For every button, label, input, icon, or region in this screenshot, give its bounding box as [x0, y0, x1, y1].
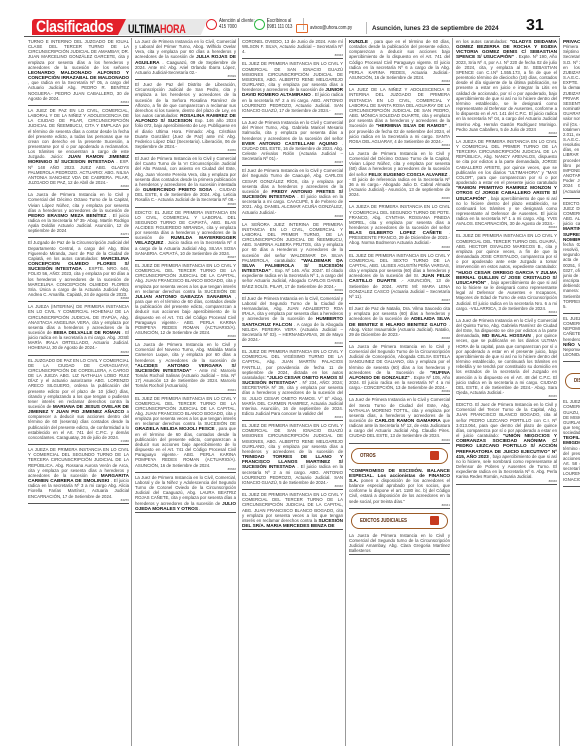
edict-code: 86013	[563, 357, 580, 360]
edict-code: 86039	[349, 390, 450, 393]
edict-text: TURNO E INTERINO DEL JUZGADO DE IGUAL CL…	[28, 39, 129, 70]
header-rule	[24, 36, 560, 37]
edictos-icon	[430, 516, 439, 525]
edict-text: ponen a disposición de los acreedores el…	[349, 478, 450, 504]
edict-text: , para que en el término de 60 días, con…	[135, 294, 236, 335]
edict-code: 86042	[456, 132, 557, 135]
edict-text: LA JUEZA DE PRIMERA INSTANCIA EN LO CIVI…	[349, 204, 450, 230]
edict-text: EDICTO. Publicar por quince días (15) co…	[563, 201, 580, 227]
edict-text: EL JUEZ DE PRIMERA INSTANCIA EN LO CIVIL…	[135, 396, 236, 427]
section-header-otros: OTROS	[351, 448, 448, 464]
edict-code: 85631	[135, 389, 236, 392]
edict-text: La Jueza de Primera Instancia en lo Civi…	[349, 533, 450, 553]
edict-code: 86046	[456, 480, 557, 483]
edict-code: 86034	[349, 144, 450, 147]
edict-code: 86012	[563, 309, 580, 312]
edict-text: .	[199, 506, 200, 511]
edict-code: 86038	[349, 337, 450, 340]
edict-notice: La Jueza de Primera Instancia en lo Civi…	[135, 341, 236, 393]
masthead: Clasificados ULTIMAHORA Atención al clie…	[0, 0, 580, 32]
edict-code: 86035	[349, 197, 450, 200]
edict-text: LA JUEZ DE PAZ EN LO CIVIL, COMERCIAL, L…	[28, 108, 129, 159]
edict-text: EL JUZGADO DE PAZ EN LO CIVIL Y COMERCIA…	[28, 358, 129, 409]
edict-code: 85630	[135, 335, 236, 338]
edict-notice: El Juez de Primera Instancia en lo Civil…	[242, 295, 343, 347]
edict-notice: La Juez de Primera Instancia en lo Civil…	[349, 396, 450, 443]
column-5: en los autos caratulados: "GLADYS DEIDAM…	[456, 38, 560, 746]
edict-code: 84271	[28, 233, 129, 236]
edict-code: 86032	[242, 485, 343, 488]
edict-notice: LA JUEZA (INTERINA) DE PRIMERA INSTANCIA…	[28, 303, 129, 355]
edict-notice: La Juez de Primera Instancia en lo Civil…	[242, 119, 343, 166]
classifieds-columns: TURNO E INTERINO DEL JUZGADO DE IGUAL CL…	[28, 38, 560, 746]
otros-icon	[430, 451, 439, 460]
edict-text: , para que en el término de 60 días, con…	[349, 39, 450, 80]
edict-text: CORONEL OVIEDO, 13 de Junio de 2024. Ant…	[242, 39, 343, 54]
whatsapp-icon	[254, 19, 265, 30]
edict-notice: EL JUEZ DE PRIMERA INSTANCIA EN LO CIVIL…	[563, 398, 580, 487]
edict-code: 85627	[135, 256, 236, 259]
edict-code: 86028	[242, 215, 343, 218]
edict-notice: LA JUEZA DE PRIMERA INSTANCIA EN LO CIVI…	[349, 203, 450, 250]
edict-code: 86232	[28, 351, 129, 354]
edict-code: 85699	[135, 75, 236, 78]
edict-text: , por quince veces, que se publicarán en…	[456, 333, 557, 395]
edict-text: La Jueza de Primera Instancia en lo Civi…	[28, 192, 129, 212]
edict-code: 86025	[242, 113, 343, 116]
edict-notice: EL JUEZ DE PRIMERA INSTANCIA EN LO CIVIL…	[242, 60, 343, 118]
edict-notice: EL JUEZ DE PRIMERA INSTANCIA EN LO CIVIL…	[242, 422, 343, 490]
edict-notice: "COMPROMISO DE ESCISIÓN. BALANCE ESPECIA…	[349, 467, 450, 509]
edict-notice: El Juez de Paz del Distrito de Liberació…	[135, 81, 236, 154]
section-title: Clasificados	[36, 17, 113, 37]
edict-notice: La Jueza de Primera Instancia en lo Civi…	[28, 191, 129, 238]
column-2: La Juez de Primera Instancia en lo Civil…	[135, 38, 239, 746]
edict-text: . Expte. Nº 190, Año 2023, Sria Nº 4, po…	[456, 54, 557, 131]
edict-notice: en los autos caratulados: "GLADYS DEIDAM…	[456, 38, 557, 137]
column-6: PRIVACION DE EFICACIA JURÍDICA El Juez d…	[563, 38, 580, 746]
edict-code: 86036	[349, 246, 450, 249]
edict-text: EL JUEZ DE PRIMERA INSTANCIA EN LO CIVIL…	[456, 233, 557, 269]
edict-notice: La Juez de Primera Instancia en lo Civil…	[135, 38, 236, 80]
edict-notice: El Juez de Primera Instancia en lo Civil…	[242, 167, 343, 219]
edict-code: 21086	[28, 440, 129, 443]
edict-notice: KUNZLE , para que en el término de 60 dí…	[349, 38, 450, 85]
section-title-tab: Clasificados	[32, 19, 127, 35]
edict-text: LA JUEZA DE PRIMERA INSTANCIA EN LO CIVI…	[456, 139, 557, 185]
edict-notice: La Juez de Primera Instancia en lo Civil…	[135, 474, 236, 513]
column-3: CORONEL OVIEDO, 13 de Junio de 2024. Ant…	[242, 38, 346, 746]
edict-text: . Nº 234, AÑO: 2024; SECRETARÍA Nº 39, c…	[242, 380, 343, 416]
edict-code: 86037	[349, 299, 450, 302]
edict-notice: EL JUZGADO DE PAZ EN LO CIVIL Y COMERCIA…	[28, 357, 129, 446]
edict-text: LA SEÑORA JUEZ INTERINA DE PRIMERA INSTA…	[242, 222, 343, 263]
edict-text: EL JUEZ DE PRIMERA INSTANCIA EN LO CIVIL…	[563, 399, 580, 435]
edict-code: 86041	[349, 504, 450, 507]
edict-code: 86045	[456, 395, 557, 398]
edict-code: 84427	[563, 482, 580, 485]
edict-text: , para que en el término de 60 días, con…	[135, 426, 236, 467]
edict-text: para que en el término de 30 días, conta…	[563, 440, 580, 481]
page-number: 31	[526, 17, 544, 35]
edict-notice: EL JUEZ DE PRIMERA INSTANCIA EN LO CIVIL…	[135, 395, 236, 473]
edict-notice: EDICTO. El Juez de Primera Instancia en …	[456, 401, 557, 484]
edict-code: 83636	[28, 185, 129, 188]
edict-notice: EDICTO: EL JUEZ DE PRIMERA INSTANCIA EN …	[135, 209, 236, 261]
column-4: KUNZLE , para que en el término de 60 dí…	[349, 38, 453, 746]
edict-subject: TEOFILA ROSANA CRISTALDO ROTELA Y EMIGDI…	[563, 435, 580, 445]
edict-text: La Jueza de Primera Instancia en lo Civi…	[135, 342, 236, 362]
edict-notice: EL JUEZ DE PRIMERA INSTANCIA EN LO CIVIL…	[456, 232, 557, 315]
edict-code: 84050	[135, 149, 236, 152]
edict-notice: PRIVACION DE EFICACIA JURÍDICA El Juez d…	[563, 38, 580, 199]
edict-text: LA JUEZ DE LA NIÑEZ Y ADOLESCENCIA E INT…	[349, 87, 450, 128]
edict-code: 86044	[456, 311, 557, 314]
edict-code: 84270	[28, 499, 129, 502]
edict-text: EL JUEZ DE PRIMERA INSTANCIA EN LO CIVIL…	[135, 263, 236, 294]
edict-notice: LA SEÑORA JUEZ INTERINA DE PRIMERA INSTA…	[242, 221, 343, 294]
edict-notice: El Juez de Primera Instancia en lo Civil…	[135, 155, 236, 207]
edict-code: 86043	[456, 226, 557, 229]
edict-notice: La Jueza de Primera Instancia en lo Civi…	[349, 343, 450, 395]
edict-code: 86011	[563, 194, 580, 197]
edict-notice: LA JUEZA DE PRIMERA INSTANCIA EN LO CIVI…	[28, 446, 129, 504]
edict-code: 86029	[242, 289, 343, 292]
edict-code: 86040	[349, 439, 450, 442]
edict-text: , ha pronunciado la S.D. nro. 277 de fec…	[563, 237, 580, 309]
edict-notice: La Jueza de Primera Instancia en lo Civi…	[349, 532, 450, 556]
edict-code: 83634	[28, 101, 129, 104]
edict-code: 86030	[242, 342, 343, 345]
edict-notice: TURNO E INTERINO DEL JUZGADO DE IGUAL CL…	[28, 38, 129, 106]
divider	[366, 22, 367, 34]
edict-text: La Juez de Primera Instancia en lo Civil…	[242, 120, 343, 140]
edict-code: 86033	[349, 80, 450, 83]
edict-notice: EDICTO. Publicar por quince días (15) co…	[563, 200, 580, 314]
edict-notice: LA JUEZ DE PAZ EN LO CIVIL, COMERCIAL, L…	[28, 107, 129, 190]
edict-notice: EL JUEZ DE PRIMERA INSTANCIA EN LO CIVIL…	[242, 491, 343, 530]
edict-notice: El Juzgado de Paz de la Circunscripción …	[28, 239, 129, 302]
edict-notice: EL JUEZ DE PRIMERA INSTANCIA EN LO CIVIL…	[135, 262, 236, 340]
edict-text: a comparecer a deducir sus acciones dent…	[28, 409, 129, 440]
edict-notice: CORONEL OVIEDO, 13 de Junio de 2024. Ant…	[242, 38, 343, 59]
section-header-disolucion-conyugal: DISOLUCIÓN CONYUGAL	[565, 373, 580, 389]
edict-notice: La Juez de Primera Instancia en lo Civil…	[456, 317, 557, 400]
edict-notice: El Juez de Paz de Natalio, Dra. Vilma Sa…	[349, 305, 450, 342]
edict-notice: EL JUEZ DE PRIMERA INSTANCIA EN LO CIVIL…	[349, 252, 450, 304]
edict-code: 83638	[28, 297, 129, 300]
section-header-edictos-judiciales: EDICTOS JUDICIALES	[351, 513, 448, 529]
phone-icon	[206, 19, 217, 30]
dateline: Asunción, lunes 23 de septiembre de 2024	[372, 25, 499, 32]
edict-text: EL JUEZ DE PRIMERA INSTANCIA EN LO CIVIL…	[242, 423, 343, 454]
edict-text: . EXPTE. NRO. 648, FOLIO 56, AÑO: 2023, …	[28, 266, 129, 297]
edict-code: 85632	[135, 468, 236, 471]
edict-notice: EL JUEZ DE PRIMERA INSTANCIA EN LO CIVIL…	[242, 348, 343, 421]
column-1: TURNO E INTERINO DEL JUZGADO DE IGUAL CL…	[28, 38, 132, 746]
edict-text: La Juez de Primera Instancia en lo Civil…	[135, 475, 236, 506]
edict-code: 86027	[242, 161, 343, 164]
edict-subject: LEONARDO MALDONADO ALFONSO Y CONCEPCIÓN …	[28, 70, 129, 80]
edict-notice: LA JUEZA DE PRIMERA INSTANCIA EN LO CIVI…	[456, 138, 557, 232]
edict-text: EL JUEZ DE PRIMERA INSTANCIA EN LO CIVIL…	[563, 316, 580, 342]
edict-notice: La Jueza de Primera Instancia en lo Civi…	[349, 150, 450, 202]
contact-email: avisos@uhora.com.py	[296, 22, 367, 34]
edict-text: Exp. 146 año 2024 folio 072, bajo aperci…	[135, 118, 236, 149]
edict-text: , que radica en la Secretaría Nº 05, a c…	[28, 80, 129, 100]
edict-code: 86031	[242, 416, 343, 419]
edict-notice: EL JUEZ DE PRIMERA INSTANCIA EN LO CIVIL…	[563, 315, 580, 362]
edict-code: 86023	[242, 54, 343, 57]
brand-logo: ULTIMAHORA	[128, 22, 186, 36]
edict-text: , bajo apercibimiento de que si así no l…	[456, 196, 557, 227]
edict-text: El Juez de Primera Instancia en lo Civil…	[563, 39, 580, 194]
edict-notice: LA JUEZ DE LA NIÑEZ Y ADOLESCENCIA E INT…	[349, 86, 450, 149]
edict-text: , bajo apercibimiento de que si así no l…	[456, 280, 557, 311]
mail-icon	[296, 24, 308, 33]
edict-code: 85626	[135, 203, 236, 206]
